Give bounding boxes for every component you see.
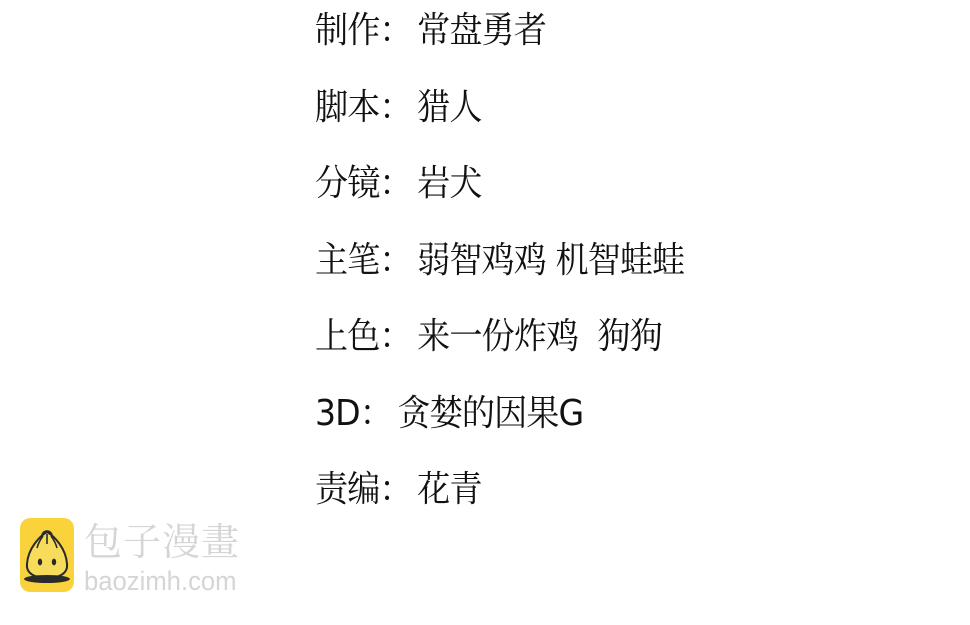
credit-coloring: 上色：来一份炸鸡 狗狗 — [315, 318, 684, 356]
credit-role: 主笔 — [315, 242, 379, 280]
credit-production: 制作：常盘勇者 — [315, 12, 684, 50]
credit-role: 上色 — [315, 318, 379, 356]
credit-separator: ： — [379, 471, 411, 509]
credit-lead-artist: 主笔：弱智鸡鸡 机智蛙蛙 — [315, 242, 684, 280]
credit-editor: 责编：花青 — [315, 471, 684, 509]
credits-page: 制作：常盘勇者 脚本：猎人 分镜：岩犬 主笔：弱智鸡鸡 机智蛙蛙 上色：来一份炸… — [0, 0, 970, 625]
credit-role: 3D — [315, 395, 360, 433]
steamed-bun-mascot-icon — [20, 518, 74, 592]
site-watermark: 包子漫畫 baozimh.com — [20, 518, 250, 598]
credit-separator: ： — [379, 242, 411, 280]
credit-separator: ： — [379, 165, 411, 203]
credit-separator: ： — [360, 395, 392, 433]
credit-name: 花青 — [417, 471, 481, 509]
credit-name: 贪婪的因果G — [397, 395, 583, 433]
credit-name: 常盘勇者 — [417, 12, 546, 50]
credit-3d: 3D：贪婪的因果G — [315, 395, 684, 433]
credit-name: 猎人 — [417, 89, 481, 127]
credit-script: 脚本：猎人 — [315, 89, 684, 127]
credit-role: 分镜 — [315, 165, 379, 203]
credit-name: 弱智鸡鸡 机智蛙蛙 — [417, 242, 684, 280]
credit-name: 岩犬 — [417, 165, 481, 203]
watermark-url: baozimh.com — [84, 566, 237, 596]
credit-role: 责编 — [315, 471, 379, 509]
credit-storyboard: 分镜：岩犬 — [315, 165, 684, 203]
credit-separator: ： — [379, 12, 411, 50]
credits-list: 制作：常盘勇者 脚本：猎人 分镜：岩犬 主笔：弱智鸡鸡 机智蛙蛙 上色：来一份炸… — [315, 12, 716, 548]
credit-name: 来一份炸鸡 狗狗 — [417, 318, 662, 356]
watermark-title: 包子漫畫 — [84, 520, 240, 564]
credit-separator: ： — [379, 89, 411, 127]
credit-separator: ： — [379, 318, 411, 356]
credit-role: 脚本 — [315, 89, 379, 127]
credit-role: 制作 — [315, 12, 379, 50]
